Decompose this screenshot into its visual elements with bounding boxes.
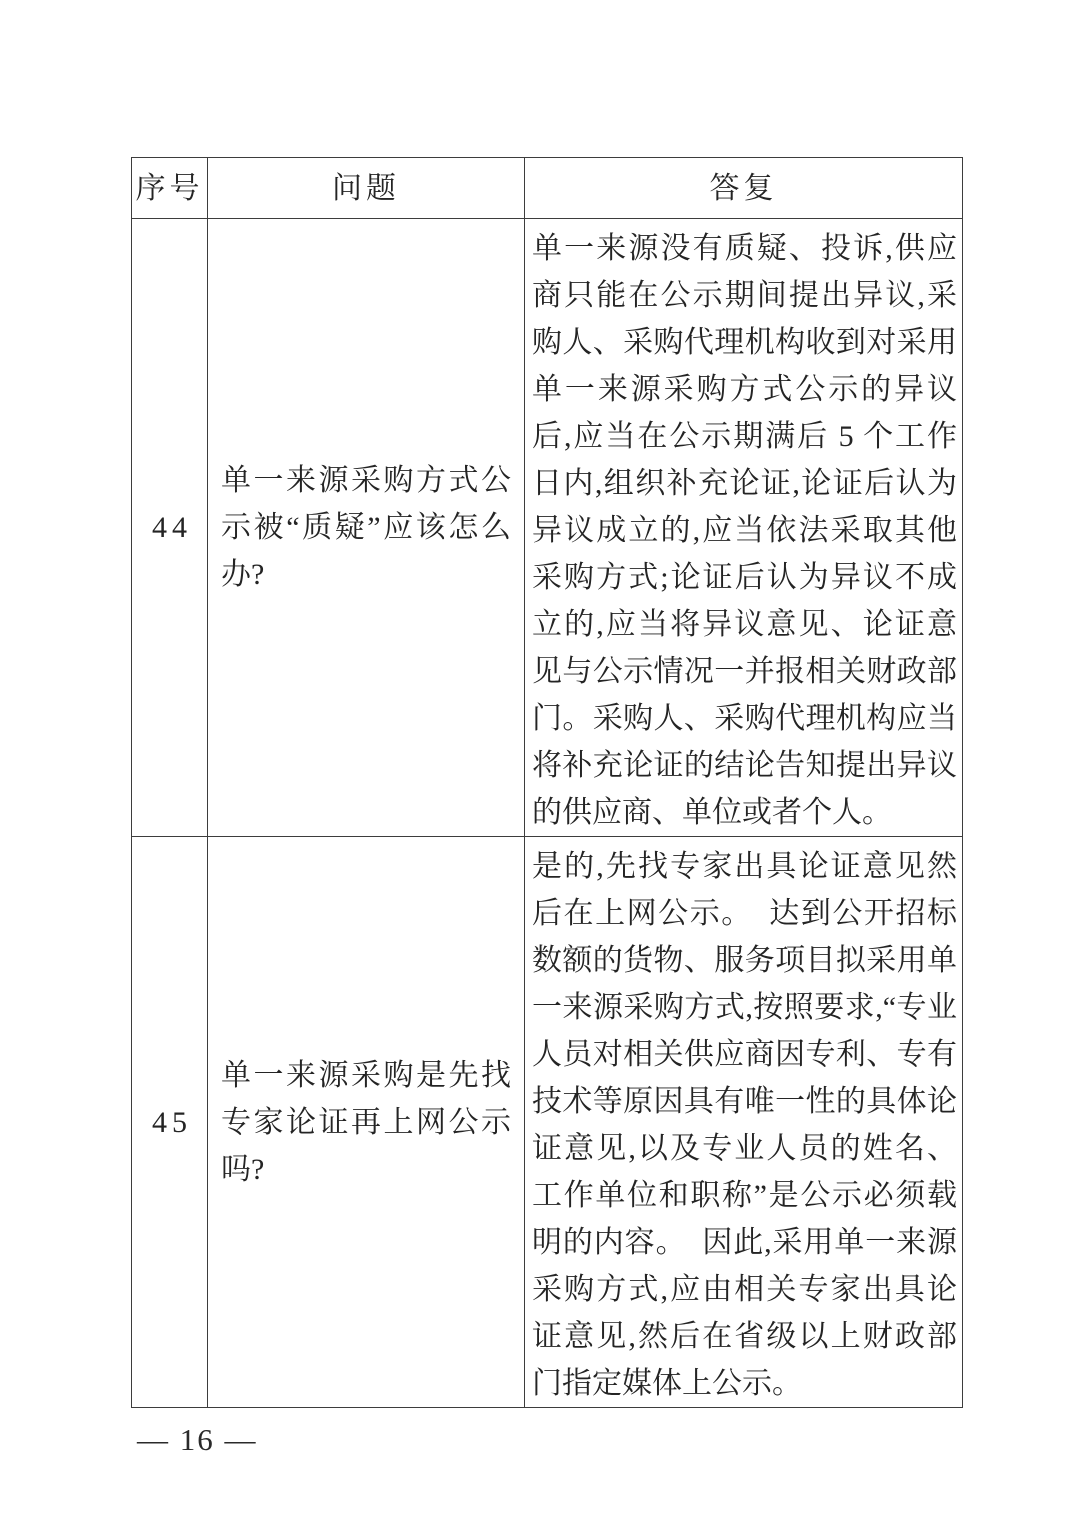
document-page: 序号 问题 答复 44 单一来源采购方式公示被“质疑”应该怎么办? 单一来源没有… [0,0,1092,1535]
column-header-serial: 序号 [132,158,208,219]
answer-cell: 单一来源没有质疑、投诉,供应商只能在公示期间提出异议,采购人、采购代理机构收到对… [525,219,963,837]
answer-text: 是的,先找专家出具论证意见然后在上网公示。 达到公开招标数额的货物、服务项目拟采… [532,843,957,1407]
serial-number: 45 [132,837,208,1408]
answer-text: 单一来源没有质疑、投诉,供应商只能在公示期间提出异议,采购人、采购代理机构收到对… [532,225,957,836]
question-text: 单一来源采购方式公示被“质疑”应该怎么办? [221,457,511,598]
serial-number: 44 [132,219,208,837]
page-number: — 16 — [137,1418,258,1462]
table-row: 44 单一来源采购方式公示被“质疑”应该怎么办? 单一来源没有质疑、投诉,供应商… [132,219,963,837]
table-row: 45 单一来源采购是先找专家论证再上网公示吗? 是的,先找专家出具论证意见然后在… [132,837,963,1408]
question-text: 单一来源采购是先找专家论证再上网公示吗? [221,1052,511,1193]
answer-cell: 是的,先找专家出具论证意见然后在上网公示。 达到公开招标数额的货物、服务项目拟采… [525,837,963,1408]
table-header-row: 序号 问题 答复 [132,158,963,219]
column-header-answer: 答复 [525,158,963,219]
question-cell: 单一来源采购是先找专家论证再上网公示吗? [208,837,525,1408]
column-header-question: 问题 [208,158,525,219]
qa-table: 序号 问题 答复 44 单一来源采购方式公示被“质疑”应该怎么办? 单一来源没有… [131,157,963,1408]
question-cell: 单一来源采购方式公示被“质疑”应该怎么办? [208,219,525,837]
